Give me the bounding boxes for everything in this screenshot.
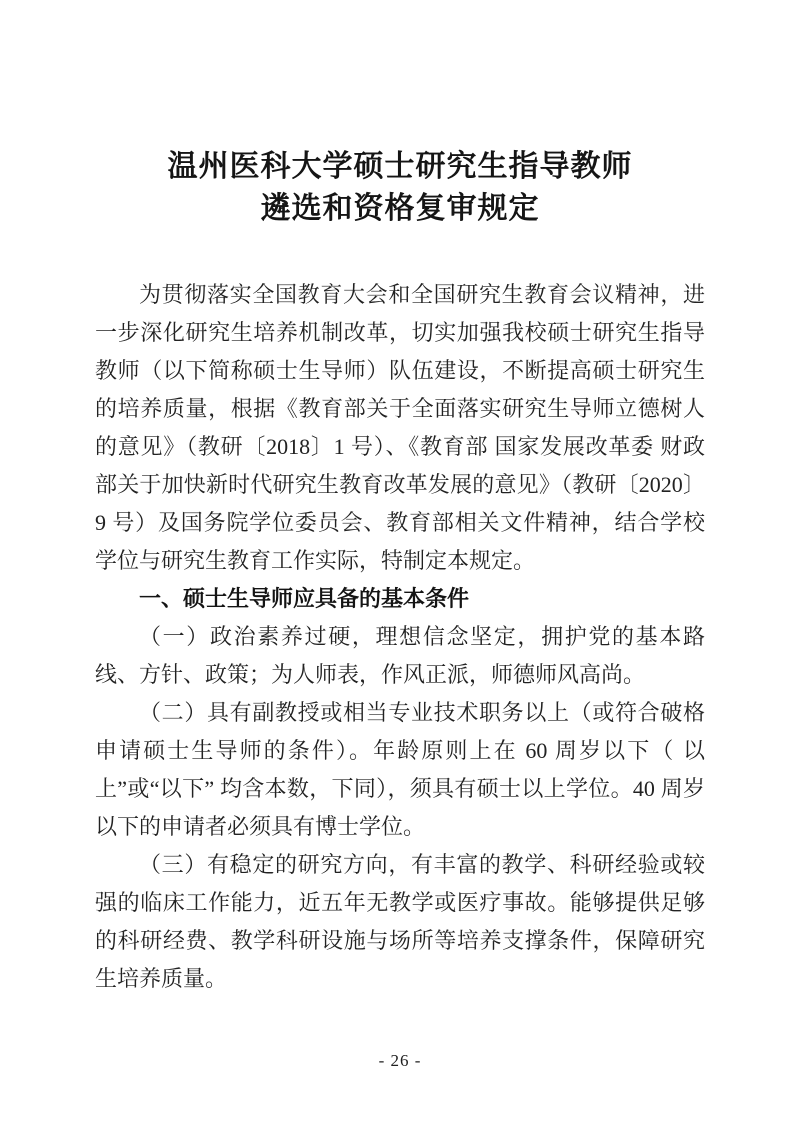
- section-heading-basic-conditions: 一、硕士生导师应具备的基本条件: [95, 580, 705, 618]
- document-title-line-2: 遴选和资格复审规定: [0, 188, 800, 230]
- document-body: 为贯彻落实全国教育大会和全国研究生教育会议精神，进一步深化研究生培养机制改革，切…: [95, 276, 705, 998]
- document-page: 温州医科大学硕士研究生指导教师 遴选和资格复审规定 为贯彻落实全国教育大会和全国…: [0, 0, 800, 1131]
- item-1-paragraph: （一）政治素养过硬，理想信念坚定，拥护党的基本路线、方针、政策；为人师表，作风正…: [95, 618, 705, 694]
- item-3-paragraph: （三）有稳定的研究方向，有丰富的教学、科研经验或较强的临床工作能力，近五年无教学…: [95, 846, 705, 998]
- page-number: - 26 -: [0, 1051, 800, 1071]
- document-title: 温州医科大学硕士研究生指导教师 遴选和资格复审规定: [0, 0, 800, 230]
- intro-paragraph: 为贯彻落实全国教育大会和全国研究生教育会议精神，进一步深化研究生培养机制改革，切…: [95, 276, 705, 580]
- document-title-line-1: 温州医科大学硕士研究生指导教师: [0, 146, 800, 188]
- item-2-paragraph: （二）具有副教授或相当专业技术职务以上（或符合破格申请硕士生导师的条件）。年龄原…: [95, 694, 705, 846]
